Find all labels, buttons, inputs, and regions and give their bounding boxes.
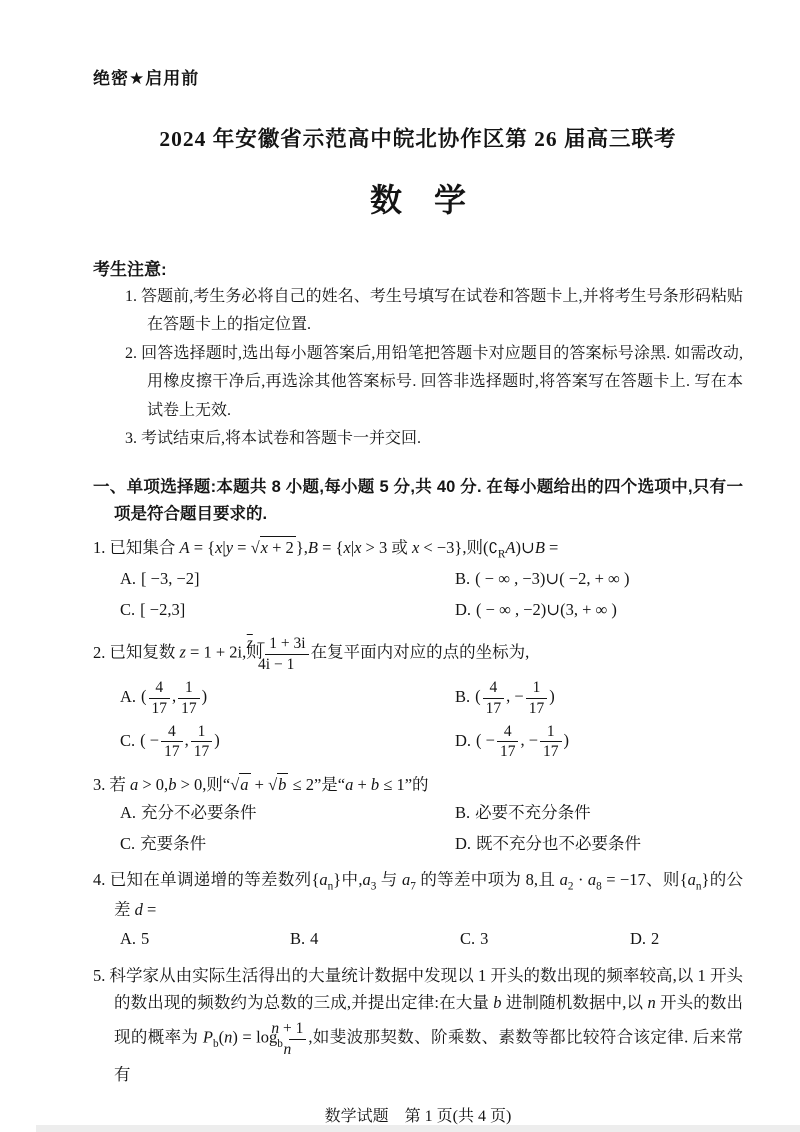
option-label: B. [455, 569, 475, 588]
question-number: 1. [93, 538, 109, 557]
option-3B: B.必要不充分条件 [455, 798, 743, 829]
notice-items: 1. 答题前,考生务必将自己的姓名、考生号填写在试卷和答题卡上,并将考生号条形码… [125, 283, 743, 454]
questions: 1.已知集合 A = {x|y = √x + 2},B = {x|x > 3 或… [93, 534, 743, 1088]
option-3C: C.充要条件 [120, 829, 455, 860]
option-2D: D.( −417, −117) [455, 720, 743, 764]
section1-heading: 一、单项选择题:本题共 8 小题,每小题 5 分,共 40 分. 在每小题给出的… [93, 474, 743, 527]
page-footer: 数学试题 第 1 页(共 4 页) [93, 1103, 743, 1126]
question-2: 2.已知复数 z = 1 + 2i,则z − 1 + 3i4i − 1在复平面内… [93, 632, 743, 763]
option-4C: C.3 [460, 924, 630, 955]
question-number: 4. [93, 870, 109, 889]
option-label: B. [290, 929, 310, 948]
question-3-options: A.充分不必要条件B.必要不充分条件C.充要条件D.既不充分也不必要条件 [93, 798, 743, 859]
option-label: B. [455, 687, 475, 706]
question-4-options: A.5B.4C.3D.2 [93, 924, 743, 955]
option-3D: D.既不充分也不必要条件 [455, 829, 743, 860]
option-4B: B.4 [290, 924, 460, 955]
scan-artifact [36, 1125, 800, 1132]
question-4-stem: 4.已知在单调递增的等差数列{an}中,a3 与 a7 的等差中项为 8,且 a… [93, 866, 743, 924]
option-label: C. [120, 600, 140, 619]
option-label: C. [120, 731, 140, 750]
option-label: D. [455, 834, 476, 853]
option-label: A. [120, 569, 141, 588]
question-number: 3. [93, 775, 109, 794]
option-label: A. [120, 929, 141, 948]
option-1C: C.[ −2,3] [120, 595, 455, 626]
notice-item-2: 2. 回答选择题时,选出每小题答案后,用铅笔把答题卡对应题目的答案标号涂黑. 如… [125, 340, 743, 425]
option-2B: B.(417, −117) [455, 676, 743, 720]
notice-section: 考生注意: 1. 答题前,考生务必将自己的姓名、考生号填写在试卷和答题卡上,并将… [93, 255, 743, 454]
option-2C: C.( −417,117) [120, 720, 455, 764]
option-label: A. [120, 687, 141, 706]
question-1: 1.已知集合 A = {x|y = √x + 2},B = {x|x > 3 或… [93, 534, 743, 625]
option-label: C. [120, 834, 140, 853]
question-5-stem: 5.科学家从由实际生活得出的大量统计数据中发现以 1 开头的数出现的频率较高,以… [93, 962, 743, 1089]
question-number: 2. [93, 643, 109, 662]
option-label: B. [455, 803, 475, 822]
question-1-options: A.[ −3, −2]B.( − ∞ , −3)∪( −2, + ∞ )C.[ … [93, 564, 743, 625]
option-label: D. [455, 731, 476, 750]
notice-item-3: 3. 考试结束后,将本试卷和答题卡一并交回. [125, 425, 743, 453]
option-4D: D.2 [630, 924, 743, 955]
question-3-stem: 3.若 a > 0,b > 0,则“√a + √b ≤ 2”是“a + b ≤ … [93, 771, 743, 799]
question-2-options: A.(417,117)B.(417, −117)C.( −417,117)D.(… [93, 676, 743, 763]
option-2A: A.(417,117) [120, 676, 455, 720]
question-2-stem: 2.已知复数 z = 1 + 2i,则z − 1 + 3i4i − 1在复平面内… [93, 632, 743, 676]
question-4: 4.已知在单调递增的等差数列{an}中,a3 与 a7 的等差中项为 8,且 a… [93, 866, 743, 954]
option-4A: A.5 [120, 924, 290, 955]
question-5: 5.科学家从由实际生活得出的大量统计数据中发现以 1 开头的数出现的频率较高,以… [93, 962, 743, 1089]
option-1D: D.( − ∞ , −2)∪(3, + ∞ ) [455, 595, 743, 626]
option-label: D. [630, 929, 651, 948]
subject-title: 数 学 [93, 175, 743, 221]
option-1A: A.[ −3, −2] [120, 564, 455, 595]
exam-page: 绝密★启用前 2024 年安徽省示范高中皖北协作区第 26 届高三联考 数 学 … [0, 0, 800, 1132]
option-3A: A.充分不必要条件 [120, 798, 455, 829]
option-1B: B.( − ∞ , −3)∪( −2, + ∞ ) [455, 564, 743, 595]
question-number: 5. [93, 966, 109, 985]
notice-heading: 考生注意: [93, 255, 743, 280]
notice-item-1: 1. 答题前,考生务必将自己的姓名、考生号填写在试卷和答题卡上,并将考生号条形码… [125, 283, 743, 340]
question-1-stem: 1.已知集合 A = {x|y = √x + 2},B = {x|x > 3 或… [93, 534, 743, 564]
question-3: 3.若 a > 0,b > 0,则“√a + √b ≤ 2”是“a + b ≤ … [93, 771, 743, 860]
exam-title: 2024 年安徽省示范高中皖北协作区第 26 届高三联考 [93, 122, 743, 153]
classification-label: 绝密★启用前 [93, 64, 743, 89]
option-label: C. [460, 929, 480, 948]
option-label: A. [120, 803, 141, 822]
option-label: D. [455, 600, 476, 619]
